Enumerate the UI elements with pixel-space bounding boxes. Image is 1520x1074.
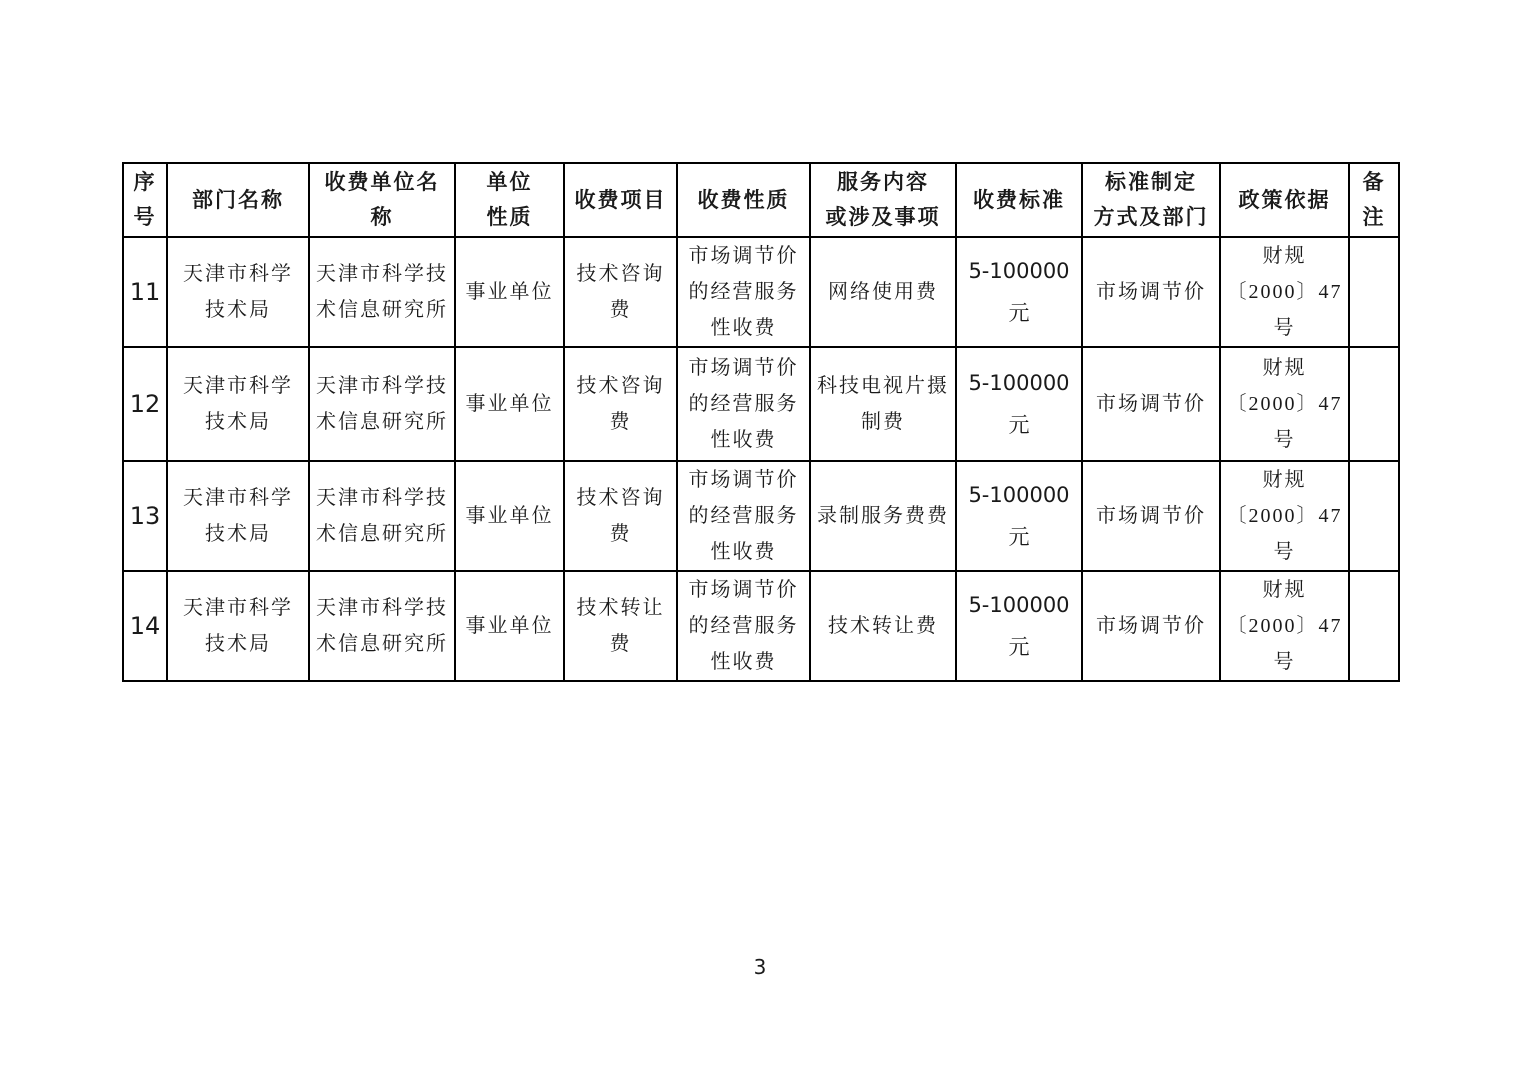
cell-service-content: 录制服务费费 <box>810 461 956 571</box>
cell-remarks <box>1349 237 1399 347</box>
cell-dept-name: 天津市科学 技术局 <box>167 571 309 681</box>
cell-dept-name: 天津市科学 技术局 <box>167 347 309 461</box>
cell-policy-basis: 财规 〔2000〕47 号 <box>1220 347 1349 461</box>
col-header-policy-basis: 政策依据 <box>1220 163 1349 237</box>
table-row: 13 天津市科学 技术局 天津市科学技 术信息研究所 事业单位 技术咨询费 市场… <box>123 461 1399 571</box>
cell-service-content: 网络使用费 <box>810 237 956 347</box>
cell-seq: 11 <box>123 237 167 347</box>
cell-unit-type: 事业单位 <box>455 461 564 571</box>
cell-dept-name: 天津市科学 技术局 <box>167 461 309 571</box>
cell-service-content: 技术转让费 <box>810 571 956 681</box>
cell-service-content: 科技电视片摄 制费 <box>810 347 956 461</box>
col-header-service-content: 服务内容 或涉及事项 <box>810 163 956 237</box>
fee-table: 序 号 部门名称 收费单位名 称 单位 性质 收费项目 收费性质 服务内容 或涉… <box>122 162 1400 682</box>
cell-charge-item: 技术转让费 <box>564 571 677 681</box>
cell-charge-standard: 5-100000 元 <box>956 347 1082 461</box>
cell-charge-standard: 5-100000 元 <box>956 237 1082 347</box>
cell-remarks <box>1349 571 1399 681</box>
col-header-remarks: 备 注 <box>1349 163 1399 237</box>
cell-policy-basis: 财规 〔2000〕47 号 <box>1220 237 1349 347</box>
cell-dept-name: 天津市科学 技术局 <box>167 237 309 347</box>
cell-unit-type: 事业单位 <box>455 237 564 347</box>
table-row: 14 天津市科学 技术局 天津市科学技 术信息研究所 事业单位 技术转让费 市场… <box>123 571 1399 681</box>
col-header-dept-name: 部门名称 <box>167 163 309 237</box>
col-header-standard-method: 标准制定 方式及部门 <box>1082 163 1220 237</box>
cell-policy-basis: 财规 〔2000〕47 号 <box>1220 571 1349 681</box>
table-row: 11 天津市科学 技术局 天津市科学技 术信息研究所 事业单位 技术咨询费 市场… <box>123 237 1399 347</box>
page-number: 3 <box>754 955 767 979</box>
cell-standard-method: 市场调节价 <box>1082 347 1220 461</box>
cell-seq: 14 <box>123 571 167 681</box>
cell-charge-item: 技术咨询费 <box>564 461 677 571</box>
cell-seq: 12 <box>123 347 167 461</box>
col-header-unit-name: 收费单位名 称 <box>309 163 455 237</box>
cell-unit-name: 天津市科学技 术信息研究所 <box>309 461 455 571</box>
table-row: 12 天津市科学 技术局 天津市科学技 术信息研究所 事业单位 技术咨询费 市场… <box>123 347 1399 461</box>
cell-unit-type: 事业单位 <box>455 571 564 681</box>
col-header-seq: 序 号 <box>123 163 167 237</box>
col-header-unit-type: 单位 性质 <box>455 163 564 237</box>
cell-unit-name: 天津市科学技 术信息研究所 <box>309 237 455 347</box>
col-header-charge-standard: 收费标准 <box>956 163 1082 237</box>
cell-unit-type: 事业单位 <box>455 347 564 461</box>
col-header-charge-nature: 收费性质 <box>677 163 810 237</box>
cell-charge-nature: 市场调节价 的经营服务 性收费 <box>677 237 810 347</box>
cell-policy-basis: 财规 〔2000〕47 号 <box>1220 461 1349 571</box>
cell-charge-item: 技术咨询费 <box>564 347 677 461</box>
document-page: 序 号 部门名称 收费单位名 称 单位 性质 收费项目 收费性质 服务内容 或涉… <box>0 0 1520 1074</box>
cell-charge-standard: 5-100000 元 <box>956 571 1082 681</box>
cell-remarks <box>1349 461 1399 571</box>
cell-seq: 13 <box>123 461 167 571</box>
cell-unit-name: 天津市科学技 术信息研究所 <box>309 347 455 461</box>
cell-standard-method: 市场调节价 <box>1082 461 1220 571</box>
cell-charge-item: 技术咨询费 <box>564 237 677 347</box>
col-header-charge-item: 收费项目 <box>564 163 677 237</box>
cell-charge-standard: 5-100000 元 <box>956 461 1082 571</box>
cell-unit-name: 天津市科学技 术信息研究所 <box>309 571 455 681</box>
cell-standard-method: 市场调节价 <box>1082 571 1220 681</box>
cell-remarks <box>1349 347 1399 461</box>
cell-charge-nature: 市场调节价 的经营服务 性收费 <box>677 461 810 571</box>
cell-charge-nature: 市场调节价 的经营服务 性收费 <box>677 571 810 681</box>
cell-charge-nature: 市场调节价 的经营服务 性收费 <box>677 347 810 461</box>
header-row: 序 号 部门名称 收费单位名 称 单位 性质 收费项目 收费性质 服务内容 或涉… <box>123 163 1399 237</box>
cell-standard-method: 市场调节价 <box>1082 237 1220 347</box>
